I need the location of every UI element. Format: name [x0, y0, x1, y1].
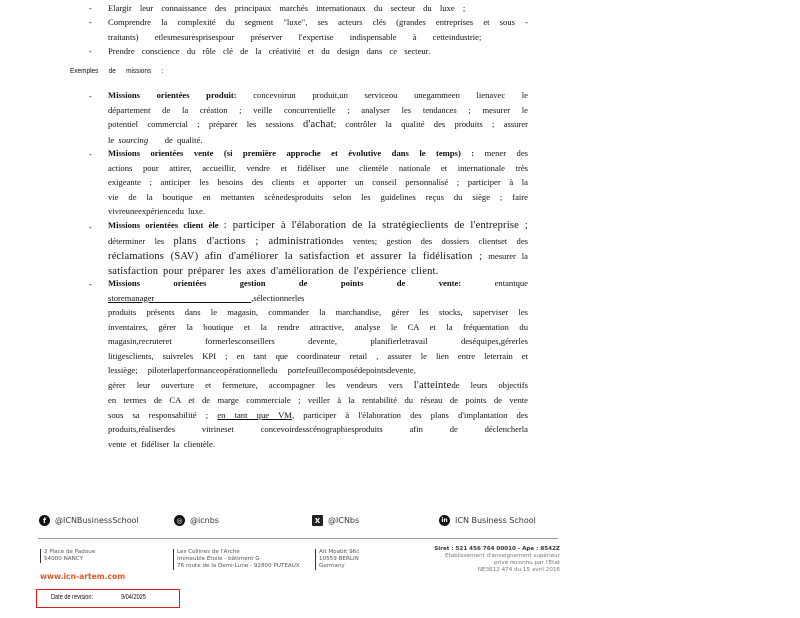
facebook-icon: f: [39, 515, 50, 526]
linkedin-icon: in: [439, 515, 450, 526]
mission-client: Missions orientées client èle : particip…: [108, 218, 528, 279]
revision-date: 9/04/2025: [121, 594, 146, 601]
social-linkedin[interactable]: in ICN Business School: [439, 515, 536, 526]
examples-heading: Exemples de missions :: [70, 66, 163, 75]
mission-points-de-vente: Missions orientées gestion de points de …: [108, 276, 528, 451]
bullet-dash: -: [89, 149, 92, 159]
bullet-dash: -: [89, 46, 92, 56]
footer-divider: [38, 538, 558, 539]
bullet-dash: -: [89, 3, 92, 13]
social-x[interactable]: X @ICNbs: [312, 515, 359, 526]
website-link[interactable]: www.icn-artem.com: [40, 572, 125, 581]
revision-label: Date de révision:: [51, 594, 93, 601]
x-twitter-icon: X: [312, 515, 323, 526]
social-instagram[interactable]: ◎ @icnbs: [174, 515, 219, 526]
objective-4: Prendre conscience du rôle clé de la cré…: [108, 44, 528, 59]
address-puteaux: Les Collines de l'Arche Immeuble Etoile …: [173, 549, 300, 570]
social-facebook[interactable]: f @ICNBusinessSchool: [39, 515, 139, 526]
mission-produit: Missions orientées produit: concevoirun …: [108, 88, 528, 147]
bullet-dash: -: [89, 279, 92, 289]
legal-info: Siret : 521 456 764 00010 - Ape : 8542Z …: [434, 546, 560, 574]
bullet-dash: -: [89, 222, 92, 232]
objective-2: Comprendre la complexité du segment "lux…: [108, 15, 528, 44]
address-berlin: Alt Moabit 96c 10559 BERLIN Germany: [315, 549, 359, 570]
mission-vente: Missions orientées vente (si première ap…: [108, 146, 528, 219]
address-nancy: 2 Place de Padoue 54000 NANCY: [40, 549, 95, 563]
document-page: - Elargir leur connaissance des principa…: [0, 0, 800, 618]
bullet-dash: -: [89, 17, 92, 27]
bullet-dash: -: [89, 91, 92, 101]
objective-1: Elargir leur connaissance des principaux…: [108, 1, 528, 16]
revision-box: Date de révision: 9/04/2025: [36, 589, 180, 608]
social-row: f @ICNBusinessSchool ◎ @icnbs X @ICNbs i…: [0, 515, 800, 529]
instagram-icon: ◎: [174, 515, 185, 526]
